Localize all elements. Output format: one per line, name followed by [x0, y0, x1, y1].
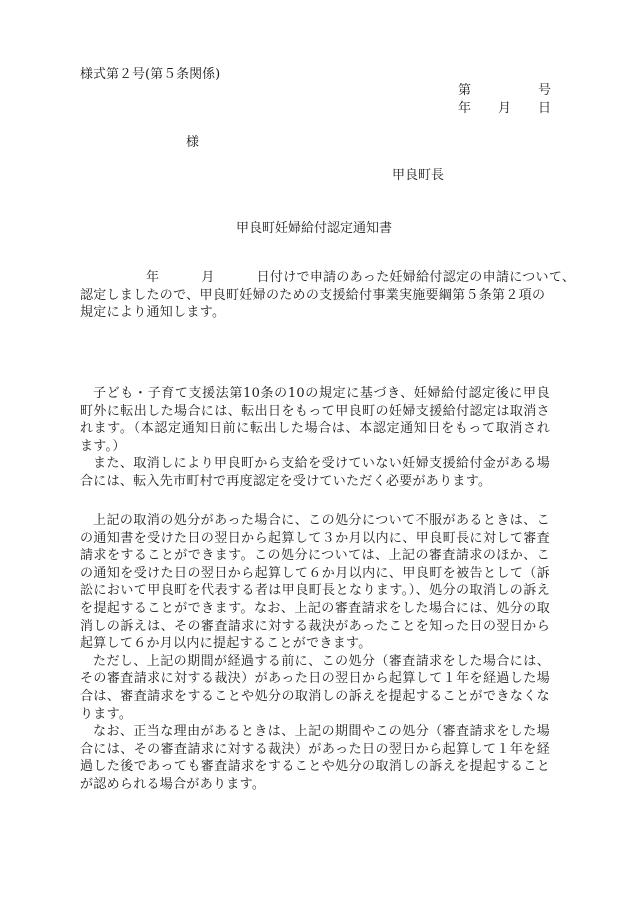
- appeal-paragraph: ただし、上記の期間が経過する前に、この処分（審査請求をした場合には、その審査請求…: [80, 653, 550, 723]
- date-month: 月: [498, 100, 511, 117]
- intro-line2: 認定しましたので、甲良町妊婦のための支援給付事業実施要綱第５条第２項の: [80, 287, 550, 305]
- appeal-section: 上記の取消の処分があった場合に、この処分について不服があるときは、この通知書を受…: [80, 512, 550, 794]
- issuer: 甲良町長: [392, 167, 444, 184]
- number-suffix: 号: [538, 82, 551, 99]
- form-label: 様式第２号(第５条関係): [80, 66, 220, 83]
- intro-year: 年: [146, 270, 159, 285]
- addressee-suffix: 様: [186, 134, 199, 151]
- document-title: 甲良町妊婦給付認定通知書: [236, 220, 392, 237]
- intro-paragraph: 年月日付けで申請のあった妊婦給付認定の申請について、 認定しましたので、甲良町妊…: [80, 269, 550, 322]
- appeal-paragraph: なお、正当な理由があるときは、上記の期間やこの処分（審査請求をした場合には、その…: [80, 723, 550, 793]
- intro-line3: 規定により通知します。: [80, 304, 550, 322]
- number-prefix: 第: [458, 82, 471, 99]
- date-day: 日: [538, 100, 551, 117]
- intro-line1: 日付けで申請のあった妊婦給付認定の申請について、: [257, 270, 576, 285]
- appeal-paragraph: 上記の取消の処分があった場合に、この処分について不服があるときは、この通知書を受…: [80, 512, 550, 653]
- notice-paragraph: 子ども・子育て支援法第10条の10の規定に基づき、妊婦給付認定後に甲良町外に転出…: [80, 385, 550, 455]
- date-year: 年: [458, 100, 471, 117]
- notice-section: 子ども・子育て支援法第10条の10の規定に基づき、妊婦給付認定後に甲良町外に転出…: [80, 385, 550, 491]
- intro-month: 月: [201, 270, 214, 285]
- notice-paragraph: また、取消しにより甲良町から支給を受けていない妊婦支援給付金がある場合には、転入…: [80, 455, 550, 490]
